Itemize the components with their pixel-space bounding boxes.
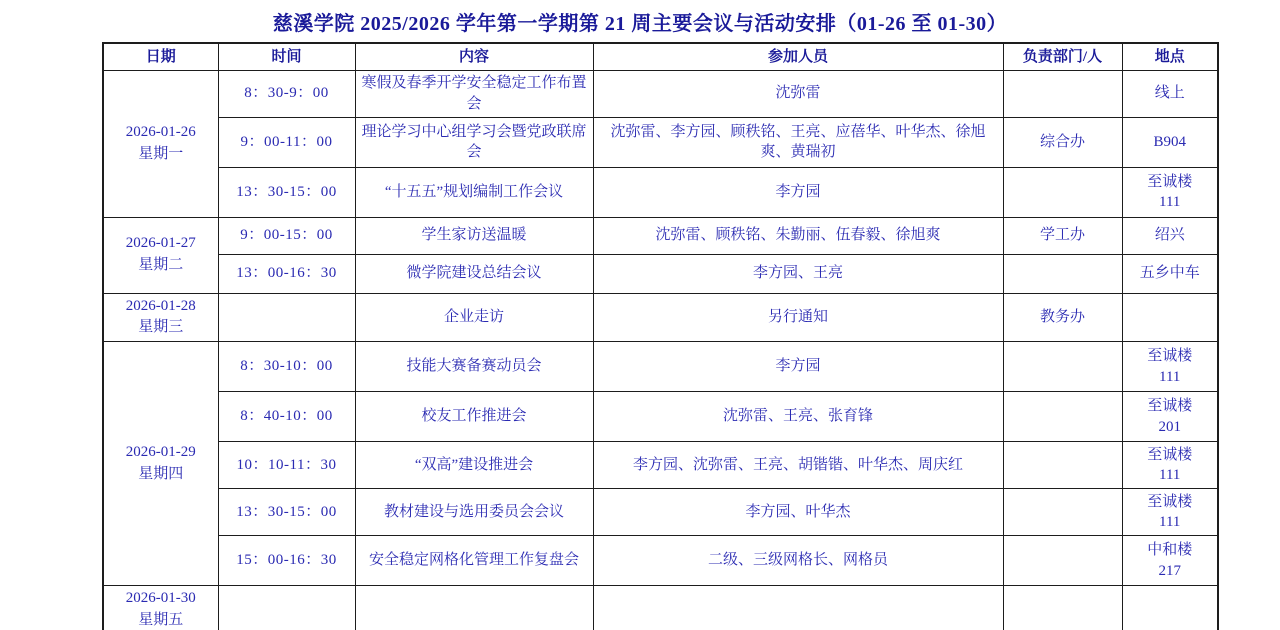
cell-time: 8：30-10：00 (218, 342, 355, 392)
cell-location: 至诚楼 111 (1122, 489, 1218, 536)
cell-location (1122, 293, 1218, 342)
column-header-time: 时间 (218, 43, 355, 70)
date-text: 2026-01-27 (109, 233, 213, 255)
cell-time: 15：00-16：30 (218, 536, 355, 586)
cell-content: 教材建设与选用委员会会议 (355, 489, 593, 536)
cell-location (1122, 586, 1218, 630)
table-row: 13：00-16：30 微学院建设总结会议 李方园、王亮 五乡中车 (103, 254, 1218, 293)
column-header-location: 地点 (1122, 43, 1218, 70)
cell-time: 9：00-11：00 (218, 117, 355, 167)
cell-location: 至诚楼 111 (1122, 442, 1218, 489)
cell-content: 微学院建设总结会议 (355, 254, 593, 293)
cell-participants: 李方园 (593, 167, 1003, 217)
cell-department (1003, 167, 1122, 217)
cell-participants: 李方园、沈弥雷、王亮、胡锴锴、叶华杰、周庆红 (593, 442, 1003, 489)
column-header-department: 负责部门/人 (1003, 43, 1122, 70)
header-row: 日期 时间 内容 参加人员 负责部门/人 地点 (103, 43, 1218, 70)
cell-participants: 另行通知 (593, 293, 1003, 342)
cell-content (355, 586, 593, 630)
table-row: 2026-01-27 星期二 9：00-15：00 学生家访送温暖 沈弥雷、顾秩… (103, 217, 1218, 254)
cell-participants: 沈弥雷、王亮、张育锋 (593, 392, 1003, 442)
cell-participants: 沈弥雷、顾秩铭、朱勤丽、伍春毅、徐旭爽 (593, 217, 1003, 254)
cell-department: 综合办 (1003, 117, 1122, 167)
table-row: 15：00-16：30 安全稳定网格化管理工作复盘会 二级、三级网格长、网格员 … (103, 536, 1218, 586)
cell-department: 教务办 (1003, 293, 1122, 342)
cell-time: 13：30-15：00 (218, 489, 355, 536)
cell-location: 至诚楼 111 (1122, 342, 1218, 392)
date-text: 2026-01-30 (109, 588, 213, 610)
cell-content: 学生家访送温暖 (355, 217, 593, 254)
cell-location: 五乡中车 (1122, 254, 1218, 293)
date-cell-wednesday: 2026-01-28 星期三 (103, 293, 218, 342)
cell-time (218, 586, 355, 630)
cell-content: 理论学习中心组学习会暨党政联席会 (355, 117, 593, 167)
weekly-schedule-table: 日期 时间 内容 参加人员 负责部门/人 地点 2026-01-26 星期一 8… (102, 42, 1219, 630)
weekday-text: 星期五 (109, 610, 213, 630)
cell-time: 8：30-9：00 (218, 70, 355, 117)
cell-department (1003, 442, 1122, 489)
column-header-date: 日期 (103, 43, 218, 70)
cell-time: 8：40-10：00 (218, 392, 355, 442)
cell-department (1003, 392, 1122, 442)
cell-time: 13：30-15：00 (218, 167, 355, 217)
weekday-text: 星期三 (109, 317, 213, 339)
cell-location: 至诚楼 111 (1122, 167, 1218, 217)
weekday-text: 星期二 (109, 255, 213, 277)
cell-department (1003, 489, 1122, 536)
cell-department (1003, 70, 1122, 117)
cell-time: 13：00-16：30 (218, 254, 355, 293)
cell-department (1003, 586, 1122, 630)
cell-content: 寒假及春季开学安全稳定工作布置会 (355, 70, 593, 117)
column-header-content: 内容 (355, 43, 593, 70)
date-cell-friday: 2026-01-30 星期五 (103, 586, 218, 630)
cell-department: 学工办 (1003, 217, 1122, 254)
cell-participants (593, 586, 1003, 630)
table-row: 2026-01-26 星期一 8：30-9：00 寒假及春季开学安全稳定工作布置… (103, 70, 1218, 117)
date-text: 2026-01-28 (109, 296, 213, 318)
cell-content: 技能大赛备赛动员会 (355, 342, 593, 392)
cell-participants: 二级、三级网格长、网格员 (593, 536, 1003, 586)
cell-department (1003, 536, 1122, 586)
cell-participants: 沈弥雷 (593, 70, 1003, 117)
table-row: 10：10-11：30 “双高”建设推进会 李方园、沈弥雷、王亮、胡锴锴、叶华杰… (103, 442, 1218, 489)
table-row: 2026-01-28 星期三 企业走访 另行通知 教务办 (103, 293, 1218, 342)
cell-content: “十五五”规划编制工作会议 (355, 167, 593, 217)
cell-location: 绍兴 (1122, 217, 1218, 254)
cell-location: 至诚楼 201 (1122, 392, 1218, 442)
cell-content: 安全稳定网格化管理工作复盘会 (355, 536, 593, 586)
cell-location: 线上 (1122, 70, 1218, 117)
cell-time (218, 293, 355, 342)
date-cell-tuesday: 2026-01-27 星期二 (103, 217, 218, 293)
weekday-text: 星期一 (109, 144, 213, 166)
table-row: 2026-01-29 星期四 8：30-10：00 技能大赛备赛动员会 李方园 … (103, 342, 1218, 392)
cell-participants: 李方园 (593, 342, 1003, 392)
table-row: 13：30-15：00 教材建设与选用委员会会议 李方园、叶华杰 至诚楼 111 (103, 489, 1218, 536)
column-header-participants: 参加人员 (593, 43, 1003, 70)
cell-participants: 沈弥雷、李方园、顾秩铭、王亮、应蓓华、叶华杰、徐旭爽、黄瑞初 (593, 117, 1003, 167)
cell-content: 企业走访 (355, 293, 593, 342)
cell-time: 10：10-11：30 (218, 442, 355, 489)
cell-time: 9：00-15：00 (218, 217, 355, 254)
cell-participants: 李方园、王亮 (593, 254, 1003, 293)
cell-location: 中和楼 217 (1122, 536, 1218, 586)
weekday-text: 星期四 (109, 464, 213, 486)
cell-content: “双高”建设推进会 (355, 442, 593, 489)
date-cell-thursday: 2026-01-29 星期四 (103, 342, 218, 586)
cell-location: B904 (1122, 117, 1218, 167)
cell-content: 校友工作推进会 (355, 392, 593, 442)
table-row: 13：30-15：00 “十五五”规划编制工作会议 李方园 至诚楼 111 (103, 167, 1218, 217)
cell-department (1003, 254, 1122, 293)
table-row: 8：40-10：00 校友工作推进会 沈弥雷、王亮、张育锋 至诚楼 201 (103, 392, 1218, 442)
table-row: 9：00-11：00 理论学习中心组学习会暨党政联席会 沈弥雷、李方园、顾秩铭、… (103, 117, 1218, 167)
cell-department (1003, 342, 1122, 392)
date-text: 2026-01-26 (109, 122, 213, 144)
cell-participants: 李方园、叶华杰 (593, 489, 1003, 536)
date-text: 2026-01-29 (109, 442, 213, 464)
table-row: 2026-01-30 星期五 (103, 586, 1218, 630)
date-cell-monday: 2026-01-26 星期一 (103, 70, 218, 217)
page-title: 慈溪学院 2025/2026 学年第一学期第 21 周主要会议与活动安排（01-… (0, 0, 1280, 36)
